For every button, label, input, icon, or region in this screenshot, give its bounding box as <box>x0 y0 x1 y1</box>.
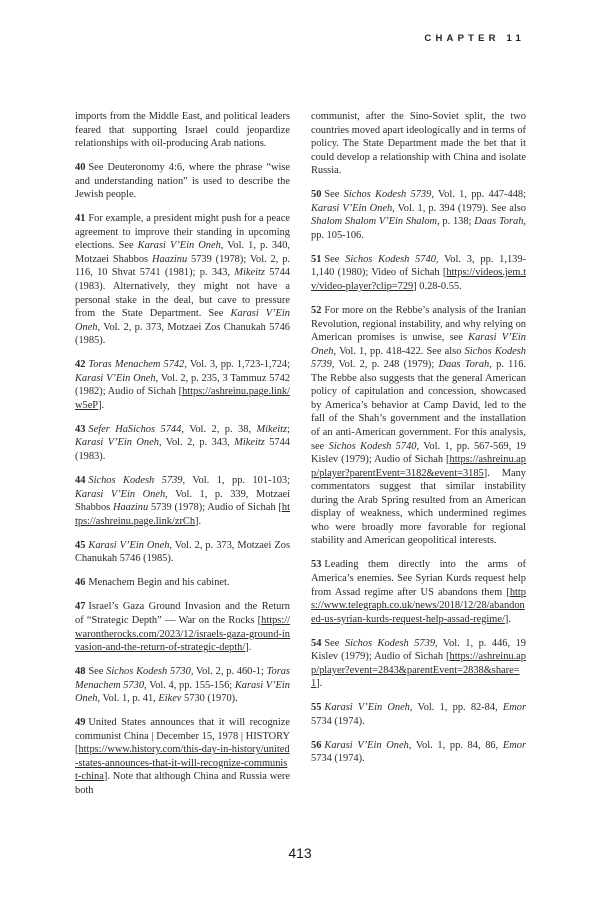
endnote-43: 43Sefer HaSichos 5744, Vol. 2, p. 38, Mi… <box>75 423 290 464</box>
endnote-text: ]. Note that although China and Russia w… <box>75 771 290 796</box>
endnote-title-italic: Sichos Kodesh 5739 <box>344 189 432 200</box>
endnote-title-italic: Sichos Kodesh 5740 <box>329 441 417 452</box>
endnote-number: 42 <box>75 359 85 370</box>
endnote-text: ]. <box>505 614 511 625</box>
endnote-number: 49 <box>75 717 85 728</box>
endnote-title-italic: Sichos Kodesh 5740 <box>345 254 436 265</box>
endnote-text: See <box>324 638 345 649</box>
continued-note-text: imports from the Middle East, and politi… <box>75 110 290 151</box>
endnote-50: 50See Sichos Kodesh 5739, Vol. 1, pp. 44… <box>311 188 526 242</box>
endnote-title-italic: Toras Menachem 5742 <box>88 359 184 370</box>
endnote-text: , Vol. 1, pp. 82-84, <box>410 702 503 713</box>
endnote-title-italic: Sichos Kodesh 5730 <box>106 666 191 677</box>
endnote-text: , Vol. 2, p. 343, <box>159 437 234 448</box>
endnote-text: , p. 138; <box>437 216 474 227</box>
endnote-54: 54See Sichos Kodesh 5739, Vol. 1, p. 446… <box>311 637 526 691</box>
endnote-text: , Vol. 1, pp. 418-422. See also <box>334 346 465 357</box>
endnote-number: 54 <box>311 638 321 649</box>
endnote-text: ; <box>287 424 290 435</box>
endnote-title-italic: Karasi V’Ein Oneh <box>75 489 165 500</box>
endnote-title-italic: Karasi V’Ein Oneh <box>75 437 159 448</box>
endnote-number: 45 <box>75 540 85 551</box>
endnote-title-italic: Daas Torah <box>474 216 523 227</box>
endnote-number: 47 <box>75 601 85 612</box>
endnote-title-italic: Karasi V’Ein Oneh <box>311 203 392 214</box>
endnote-52: 52For more on the Rebbe’s analysis of th… <box>311 304 526 548</box>
endnotes-columns: imports from the Middle East, and politi… <box>75 110 526 808</box>
endnote-number: 44 <box>75 475 85 486</box>
endnote-title-italic: Emor <box>503 702 526 713</box>
endnote-text: 5734 (1974). <box>311 753 365 764</box>
endnote-text: See <box>324 254 345 265</box>
endnote-title-italic: Karasi V’Ein Oneh <box>88 540 169 551</box>
endnote-title-italic: Mikeitz <box>234 437 265 448</box>
continued-note-text: communist, after the Sino-Soviet split, … <box>311 110 526 178</box>
endnote-number: 46 <box>75 577 85 588</box>
endnote-title-italic: Haazinu <box>113 502 148 513</box>
endnote-text: 5730 (1970). <box>181 693 237 704</box>
endnote-text: , Vol. 4, pp. 155-156; <box>144 680 235 691</box>
endnote-45: 45Karasi V’Ein Oneh, Vol. 2, p. 373, Mot… <box>75 539 290 566</box>
endnote-title-italic: Haazinu <box>152 254 187 265</box>
endnote-title-italic: Karasi V’Ein Oneh <box>324 740 408 751</box>
endnote-title-italic: Sichos Kodesh 5739 <box>88 475 182 486</box>
endnote-title-italic: Sefer HaSichos 5744 <box>88 424 181 435</box>
endnote-text: , Vol. 1, pp. 101-103; <box>182 475 290 486</box>
endnote-text: Leading them directly into the arms of A… <box>311 559 526 597</box>
endnote-text: See <box>324 189 343 200</box>
endnote-text: , Vol. 1, pp. 447-448; <box>431 189 526 200</box>
endnote-42: 42Toras Menachem 5742, Vol. 3, pp. 1,723… <box>75 358 290 412</box>
endnote-text: , Vol. 1, p. 41, <box>98 693 159 704</box>
endnote-51: 51See Sichos Kodesh 5740, Vol. 3, pp. 1,… <box>311 253 526 294</box>
endnote-56: 56Karasi V’Ein Oneh, Vol. 1, pp. 84, 86,… <box>311 739 526 766</box>
endnote-number: 51 <box>311 254 321 265</box>
endnote-number: 48 <box>75 666 85 677</box>
endnote-44: 44Sichos Kodesh 5739, Vol. 1, pp. 101-10… <box>75 474 290 528</box>
endnote-text: ]. <box>195 516 201 527</box>
endnote-title-italic: Eikev <box>158 693 181 704</box>
endnote-text: 5734 (1974). <box>311 716 365 727</box>
endnote-title-italic: Emor <box>503 740 526 751</box>
running-head-chapter: CHAPTER 11 <box>424 33 525 44</box>
endnote-41: 41For example, a president might push fo… <box>75 212 290 347</box>
endnote-text: , Vol. 3, pp. 1,723-1,724; <box>184 359 290 370</box>
endnote-55: 55Karasi V’Ein Oneh, Vol. 1, pp. 82-84, … <box>311 701 526 728</box>
endnote-text: , Vol. 2, p. 38, <box>181 424 256 435</box>
endnote-number: 43 <box>75 424 85 435</box>
endnote-text: ]. Many commentators suggest that simila… <box>311 468 526 547</box>
endnote-text: , Vol. 2, p. 248 (1979); <box>332 359 439 370</box>
endnote-text: , Vol. 2, p. 460-1; <box>191 666 267 677</box>
endnote-text: , Vol. 1, pp. 84, 86, <box>409 740 503 751</box>
endnote-text: See Deuteronomy 4:6, where the phrase “w… <box>75 162 290 200</box>
endnote-number: 52 <box>311 305 321 316</box>
left-column: imports from the Middle East, and politi… <box>75 110 290 808</box>
endnote-text: , p. 116. The Rebbe also suggests that t… <box>311 359 526 451</box>
endnote-text: Israel’s Gaza Ground Invasion and the Re… <box>75 601 290 626</box>
endnote-title-italic: Sichos Kodesh 5739 <box>345 638 435 649</box>
page-number: 413 <box>0 845 600 861</box>
endnote-text: , Vol. 2, p. 373, Motzaei Zos Chanukah 5… <box>75 322 290 347</box>
endnote-text: ]. <box>316 678 322 689</box>
endnote-text: , Vol. 1, p. 394 (1979). See also <box>392 203 526 214</box>
endnote-number: 55 <box>311 702 321 713</box>
endnote-number: 53 <box>311 559 321 570</box>
endnote-46: 46Menachem Begin and his cabinet. <box>75 576 290 590</box>
endnote-number: 50 <box>311 189 321 200</box>
endnote-text: See <box>88 666 106 677</box>
endnote-title-italic: Mikeitz <box>234 267 265 278</box>
endnote-text: Menachem Begin and his cabinet. <box>88 577 229 588</box>
endnote-title-italic: Karasi V’Ein Oneh <box>75 373 156 384</box>
endnote-text: 5739 (1978); Audio of Sichah [ <box>148 502 282 513</box>
endnote-title-italic: Mikeitz <box>257 424 288 435</box>
endnote-text: ]. <box>98 400 104 411</box>
endnote-text: ] 0.28-0.55. <box>413 281 461 292</box>
endnote-title-italic: Daas Torah <box>439 359 490 370</box>
endnote-49: 49United States announces that it will r… <box>75 716 290 797</box>
endnote-title-italic: Karasi V’Ein Oneh <box>138 240 221 251</box>
endnote-title-italic: Shalom Shalom V’Ein Shalom <box>311 216 437 227</box>
endnote-48: 48See Sichos Kodesh 5730, Vol. 2, p. 460… <box>75 665 290 706</box>
endnote-53: 53Leading them directly into the arms of… <box>311 558 526 626</box>
endnote-title-italic: Karasi V’Ein Oneh <box>324 702 410 713</box>
endnote-text: ]. <box>245 642 251 653</box>
endnote-40: 40See Deuteronomy 4:6, where the phrase … <box>75 161 290 202</box>
right-column: communist, after the Sino-Soviet split, … <box>311 110 526 808</box>
endnote-number: 40 <box>75 162 85 173</box>
endnote-number: 56 <box>311 740 321 751</box>
endnote-47: 47Israel’s Gaza Ground Invasion and the … <box>75 600 290 654</box>
endnote-number: 41 <box>75 213 85 224</box>
